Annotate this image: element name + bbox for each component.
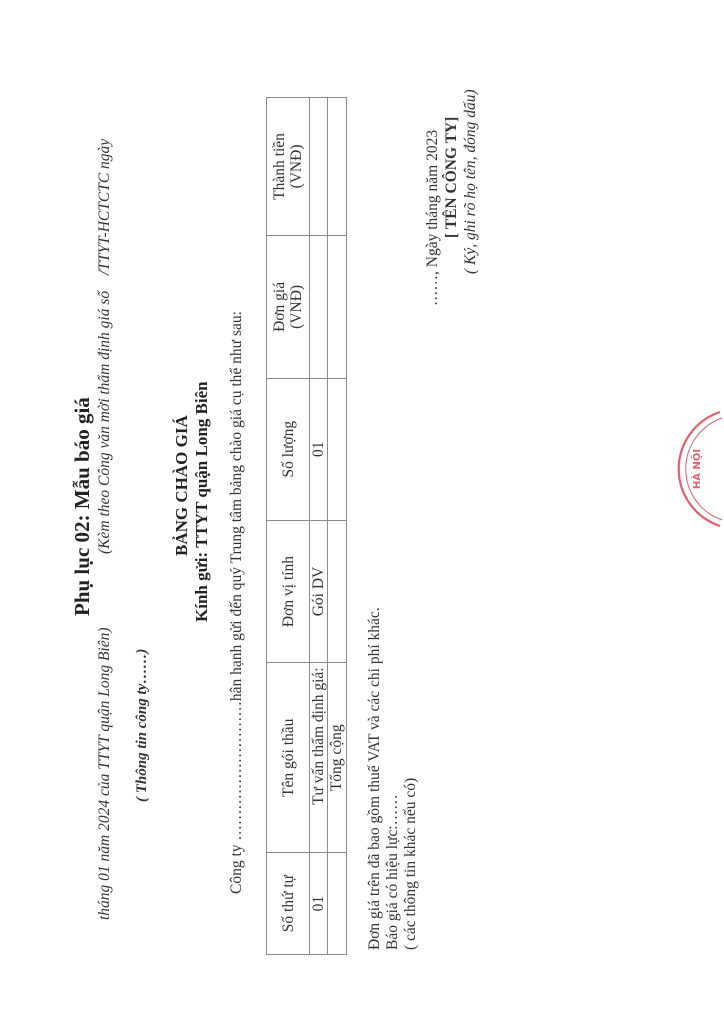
cell-total-label: Tổng cộng — [328, 663, 347, 853]
red-stamp-icon: HÀ NỘI — [660, 404, 724, 534]
cell-stt — [328, 853, 347, 955]
cell-total — [310, 98, 328, 236]
subtitle-part-2: /TTYT-HCTCTC ngày — [96, 139, 113, 275]
company-name-placeholder: [ TÊN CÔNG TY] — [443, 117, 461, 238]
note-validity: Báo giá có hiệu lực:…… — [384, 794, 402, 950]
col-header-quantity: Số lượng — [267, 378, 310, 520]
table-header-row: Số thứ tự Tên gói thầu Đơn vị tính Số lư… — [267, 98, 310, 955]
cell-unit-price — [310, 235, 328, 378]
intro-text: Công ty ………………………hân hạnh gửi đến quý Tr… — [228, 311, 246, 894]
appendix-title: Phụ lục 02: Mẫu báo giá — [70, 397, 95, 616]
cell-unit-price — [328, 235, 347, 378]
subtitle-part-3: tháng 01 năm 2024 của TTYT quận Long Biê… — [96, 627, 114, 920]
col-header-unit: Đơn vị tính — [267, 520, 310, 663]
table-row-total: Tổng cộng — [328, 98, 347, 955]
date-line: ……, Ngày tháng năm 2023 — [424, 130, 442, 306]
cell-quantity: 01 — [310, 378, 328, 520]
subtitle-reference: (Kèm theo Công văn mời thẩm định giá số … — [96, 139, 114, 554]
svg-text:HÀ NỘI: HÀ NỘI — [690, 449, 703, 489]
col-header-package-name: Tên gói thầu — [267, 663, 310, 853]
col-header-unit-price: Đơn giá (VNĐ) — [267, 235, 310, 378]
recipient-line: Kính gửi: TTYT quận Long Biên — [192, 381, 212, 622]
cell-total — [328, 98, 347, 236]
document-page: Phụ lục 02: Mẫu báo giá (Kèm theo Công v… — [0, 0, 724, 1024]
quote-heading: BẢNG CHÀO GIÁ — [172, 415, 192, 556]
cell-unit — [328, 520, 347, 663]
note-vat: Đơn giá trên đã bao gồm thuế VAT và các … — [366, 607, 384, 950]
quote-table: Số thứ tự Tên gói thầu Đơn vị tính Số lư… — [266, 97, 347, 955]
col-header-total: Thành tiền (VNĐ) — [267, 98, 310, 236]
cell-stt: 01 — [310, 853, 328, 955]
company-info-placeholder: ( Thông tin công ty……) — [134, 649, 151, 802]
signature-instruction: ( Ký, ghi rõ họ tên, đóng dấu) — [462, 89, 480, 274]
cell-package-name: Tư vấn thẩm định giá: — [310, 663, 328, 853]
note-other: ( các thông tin khác nếu có) — [402, 778, 420, 950]
cell-quantity — [328, 378, 347, 520]
cell-unit: Gói DV — [310, 520, 328, 663]
col-header-stt: Số thứ tự — [267, 853, 310, 955]
subtitle-part-1: (Kèm theo Công văn mời thẩm định giá số — [96, 291, 113, 554]
table-row: 01 Tư vấn thẩm định giá: Gói DV 01 — [310, 98, 328, 955]
